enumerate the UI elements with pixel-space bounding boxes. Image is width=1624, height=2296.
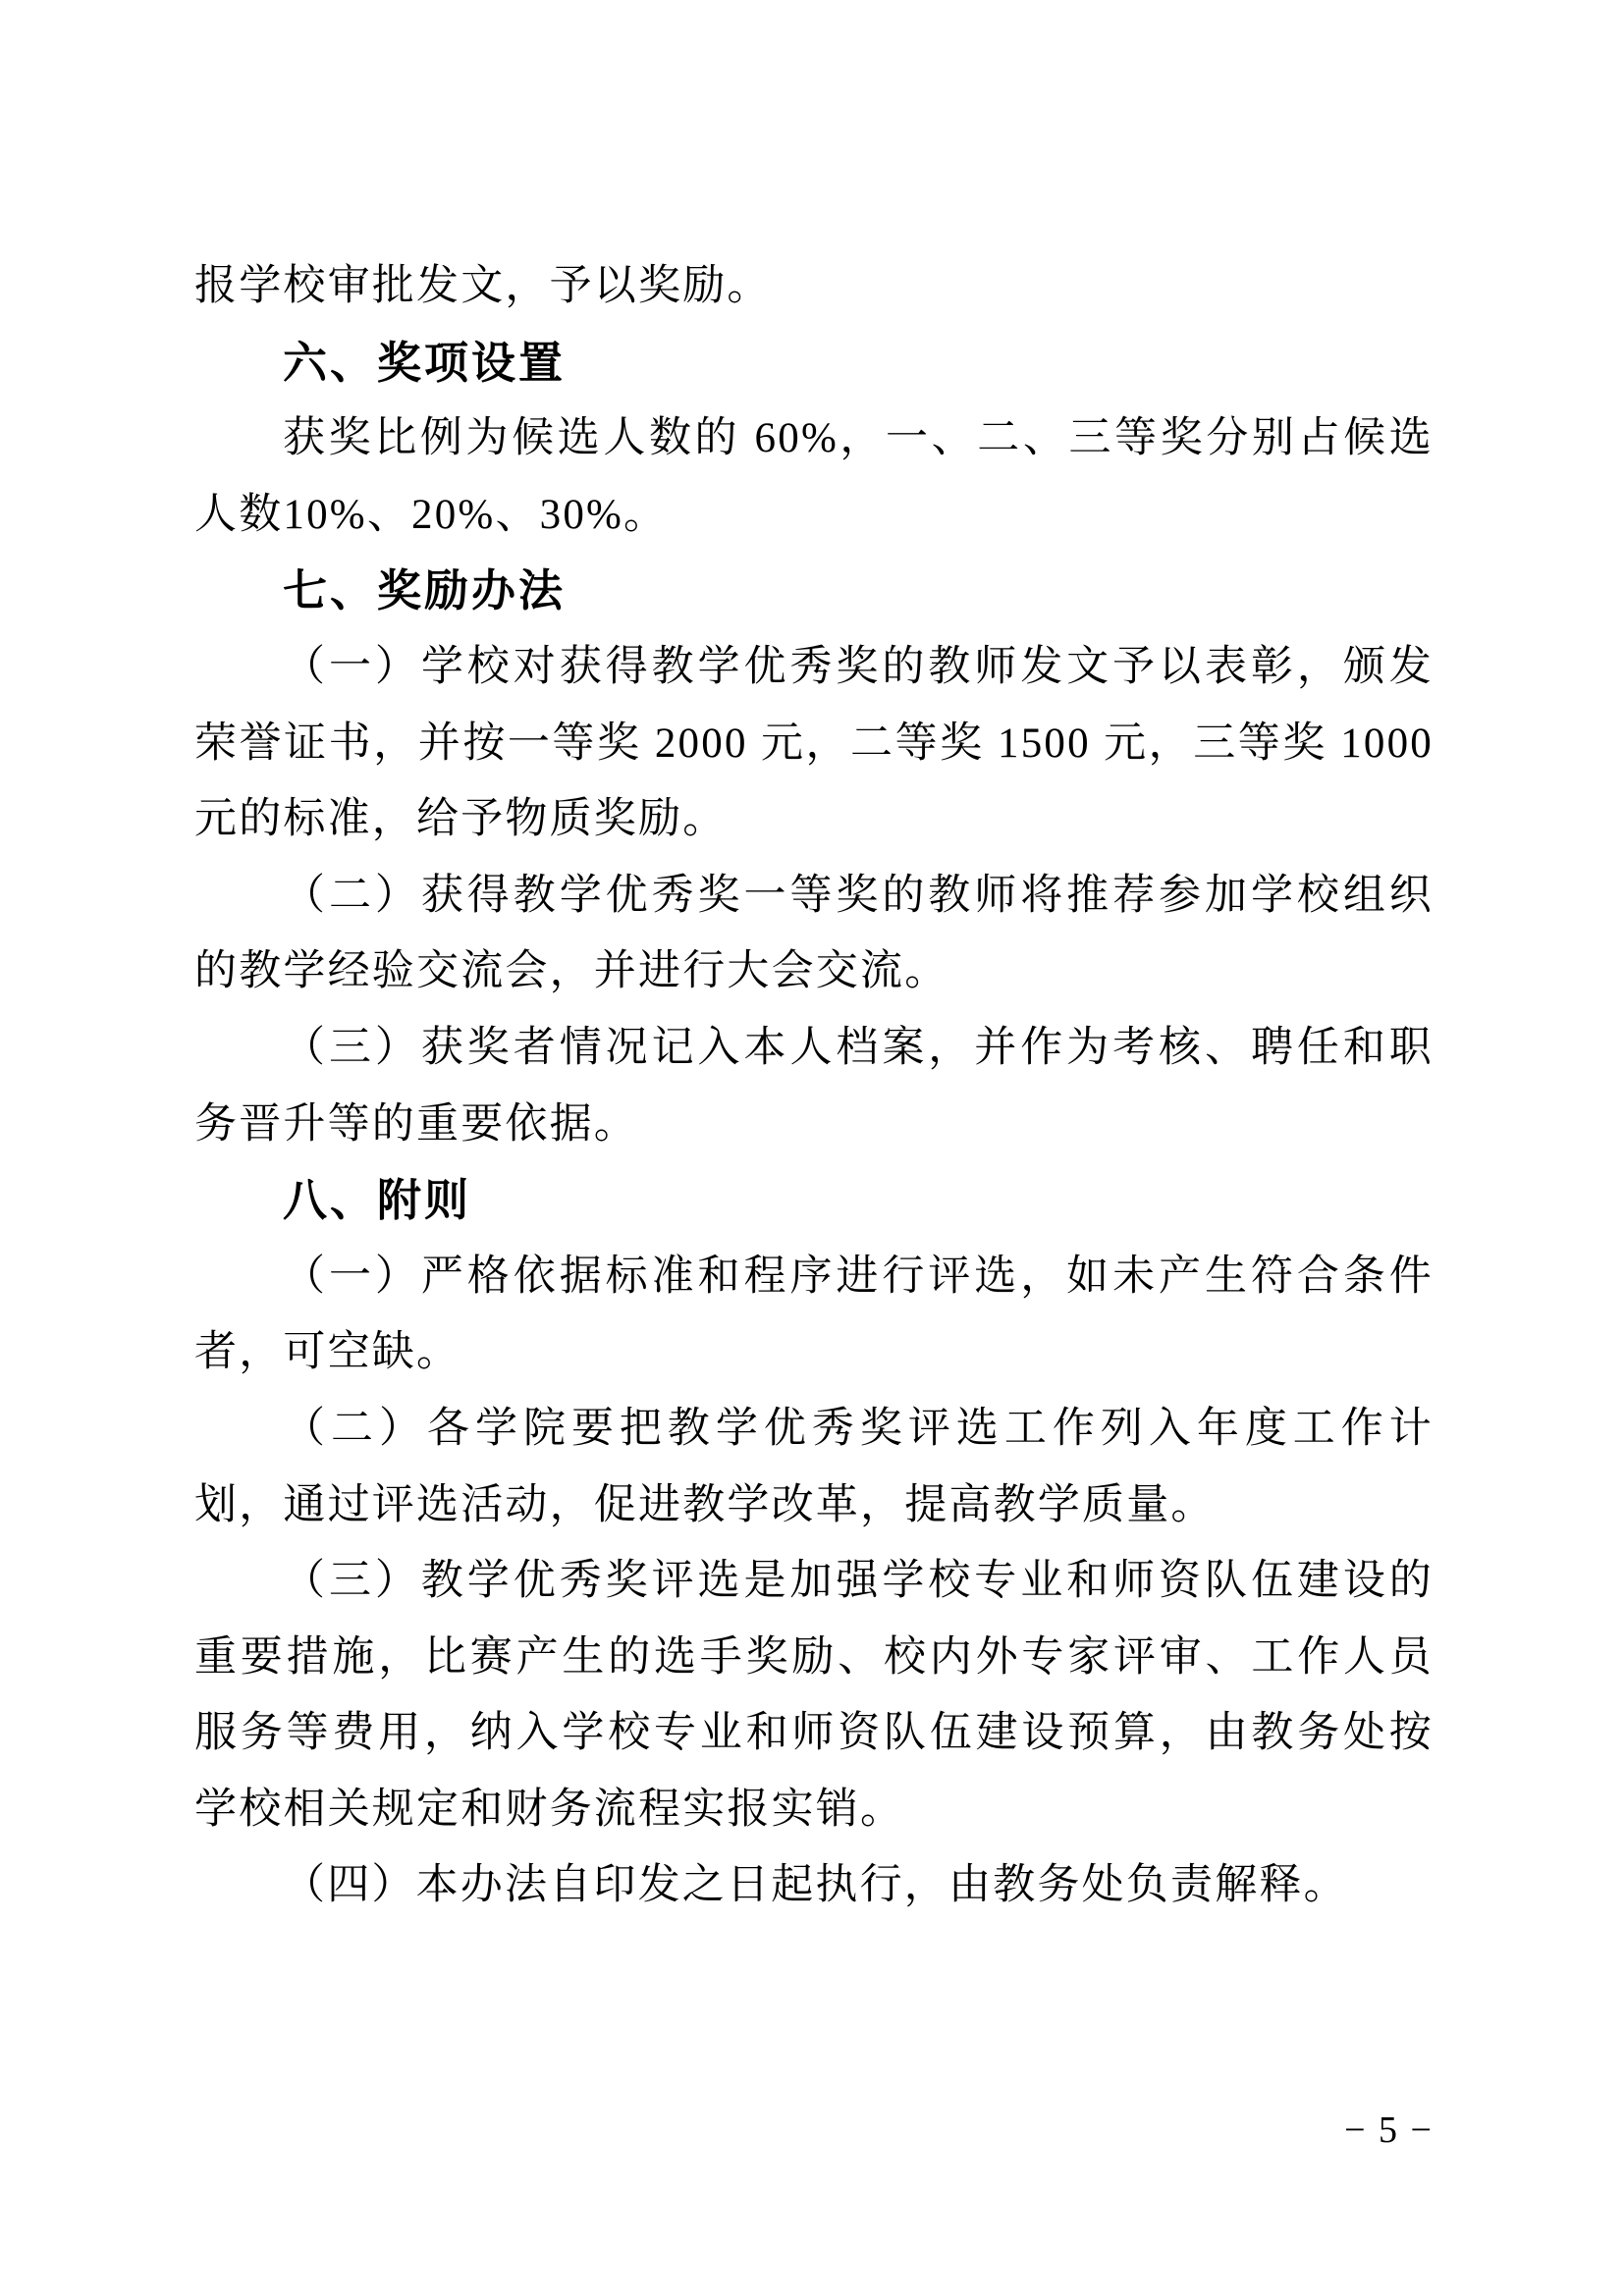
paragraph: （三）教学优秀奖评选是加强学校专业和师资队伍建设的重要措施，比赛产生的选手奖励、… [194, 1543, 1434, 1847]
document-page: 报学校审批发文，予以奖励。 六、奖项设置 获奖比例为候选人数的 60%，一、二、… [0, 0, 1624, 2296]
paragraph: （一）严格依据标准和程序进行评选，如未产生符合条件者，可空缺。 [194, 1239, 1434, 1391]
section-heading-6: 六、奖项设置 [194, 325, 1434, 401]
paragraph: （一）学校对获得教学优秀奖的教师发文予以表彰，颁发荣誉证书，并按一等奖 2000… [194, 629, 1434, 858]
paragraph: 报学校审批发文，予以奖励。 [194, 248, 1434, 325]
paragraph: （二）各学院要把教学优秀奖评选工作列入年度工作计划，通过评选活动，促进教学改革，… [194, 1391, 1434, 1543]
paragraph: （二）获得教学优秀奖一等奖的教师将推荐参加学校组织的教学经验交流会，并进行大会交… [194, 858, 1434, 1010]
page-number: − 5 − [1344, 2109, 1434, 2152]
document-content: 报学校审批发文，予以奖励。 六、奖项设置 获奖比例为候选人数的 60%，一、二、… [0, 0, 1624, 1924]
section-heading-8: 八、附则 [194, 1162, 1434, 1239]
paragraph: 获奖比例为候选人数的 60%，一、二、三等奖分别占候选人数10%、20%、30%… [194, 400, 1434, 553]
paragraph: （三）获奖者情况记入本人档案，并作为考核、聘任和职务晋升等的重要依据。 [194, 1010, 1434, 1162]
section-heading-7: 七、奖励办法 [194, 553, 1434, 629]
paragraph: （四）本办法自印发之日起执行，由教务处负责解释。 [194, 1847, 1434, 1924]
